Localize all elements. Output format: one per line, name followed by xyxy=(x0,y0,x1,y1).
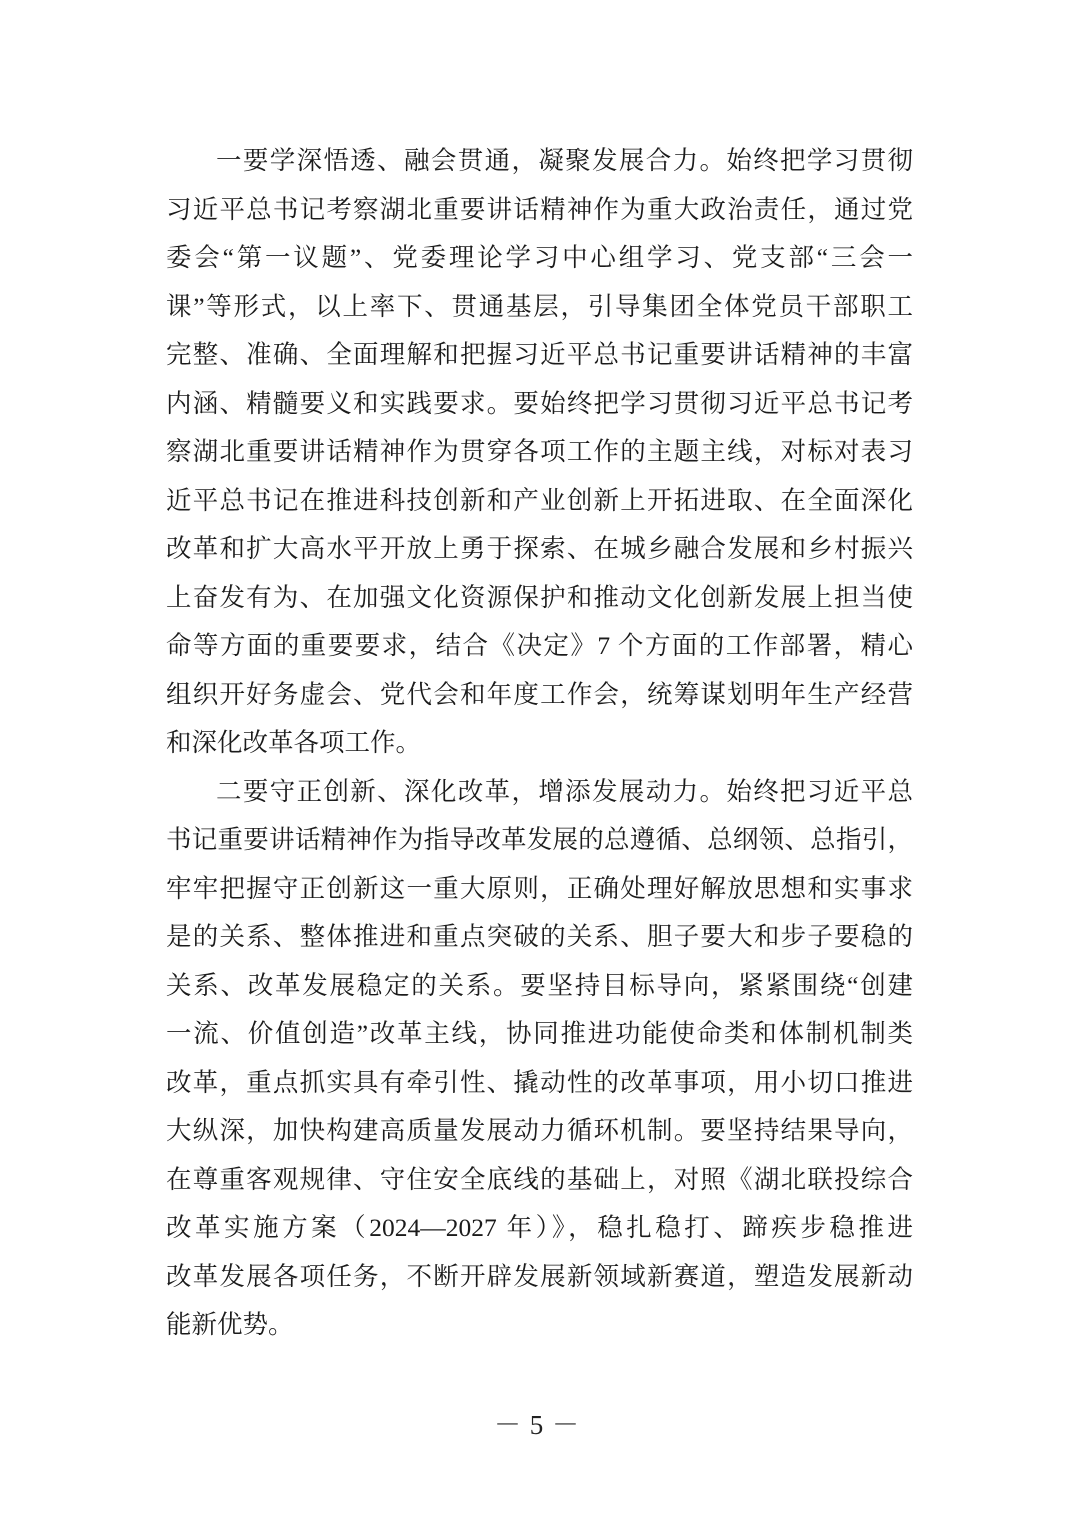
text-line: 大纵深，加快构建高质量发展动力循环机制。要坚持结果导向， xyxy=(166,1107,913,1156)
text-line: 改革和扩大高水平开放上勇于探索、在城乡融合发展和乡村振兴 xyxy=(166,525,913,574)
text-line: 一流、价值创造”改革主线，协同推进功能使命类和体制机制类 xyxy=(166,1010,913,1059)
paragraph: 二要守正创新、深化改革，增添发展动力。始终把习近平总 书记重要讲话精神作为指导改… xyxy=(166,768,913,1350)
paragraph: 一要学深悟透、融会贯通，凝聚发展合力。始终把学习贯彻 习近平总书记考察湖北重要讲… xyxy=(166,137,913,768)
document-page: 一要学深悟透、融会贯通，凝聚发展合力。始终把学习贯彻 习近平总书记考察湖北重要讲… xyxy=(0,0,1074,1520)
text-line: 二要守正创新、深化改革，增添发展动力。始终把习近平总 xyxy=(166,768,913,817)
text-line: 一要学深悟透、融会贯通，凝聚发展合力。始终把学习贯彻 xyxy=(166,137,913,186)
text-line: 委会“第一议题”、党委理论学习中心组学习、党支部“三会一 xyxy=(166,234,913,283)
text-line: 关系、改革发展稳定的关系。要坚持目标导向，紧紧围绕“创建 xyxy=(166,962,913,1011)
text-line: 在尊重客观规律、守住安全底线的基础上，对照《湖北联投综合 xyxy=(166,1156,913,1205)
text-line: 改革，重点抓实具有牵引性、撬动性的改革事项，用小切口推进 xyxy=(166,1059,913,1108)
text-line: 课”等形式，以上率下、贯通基层，引导集团全体党员干部职工 xyxy=(166,283,913,332)
text-line: 能新优势。 xyxy=(166,1301,913,1350)
text-line: 内涵、精髓要义和实践要求。要始终把学习贯彻习近平总书记考 xyxy=(166,380,913,429)
text-line: 察湖北重要讲话精神作为贯穿各项工作的主题主线，对标对表习 xyxy=(166,428,913,477)
text-line: 和深化改革各项工作。 xyxy=(166,719,913,768)
text-line: 完整、准确、全面理解和把握习近平总书记重要讲话精神的丰富 xyxy=(166,331,913,380)
text-line: 牢牢把握守正创新这一重大原则，正确处理好解放思想和实事求 xyxy=(166,865,913,914)
text-line: 组织开好务虚会、党代会和年度工作会，统筹谋划明年生产经营 xyxy=(166,671,913,720)
text-line: 上奋发有为、在加强文化资源保护和推动文化创新发展上担当使 xyxy=(166,574,913,623)
text-line: 近平总书记在推进科技创新和产业创新上开拓进取、在全面深化 xyxy=(166,477,913,526)
text-line: 习近平总书记考察湖北重要讲话精神作为重大政治责任，通过党 xyxy=(166,186,913,235)
text-line: 是的关系、整体推进和重点突破的关系、胆子要大和步子要稳的 xyxy=(166,913,913,962)
text-block: 一要学深悟透、融会贯通，凝聚发展合力。始终把学习贯彻 习近平总书记考察湖北重要讲… xyxy=(166,137,913,1350)
text-line: 命等方面的重要要求，结合《决定》7 个方面的工作部署，精心 xyxy=(166,622,913,671)
text-line: 改革实施方案（2024—2027 年）》，稳扎稳打、蹄疾步稳推进 xyxy=(166,1204,913,1253)
page-number: － 5 － xyxy=(0,1405,1074,1445)
text-line: 书记重要讲话精神作为指导改革发展的总遵循、总纲领、总指引， xyxy=(166,816,913,865)
text-line: 改革发展各项任务，不断开辟发展新领域新赛道，塑造发展新动 xyxy=(166,1253,913,1302)
